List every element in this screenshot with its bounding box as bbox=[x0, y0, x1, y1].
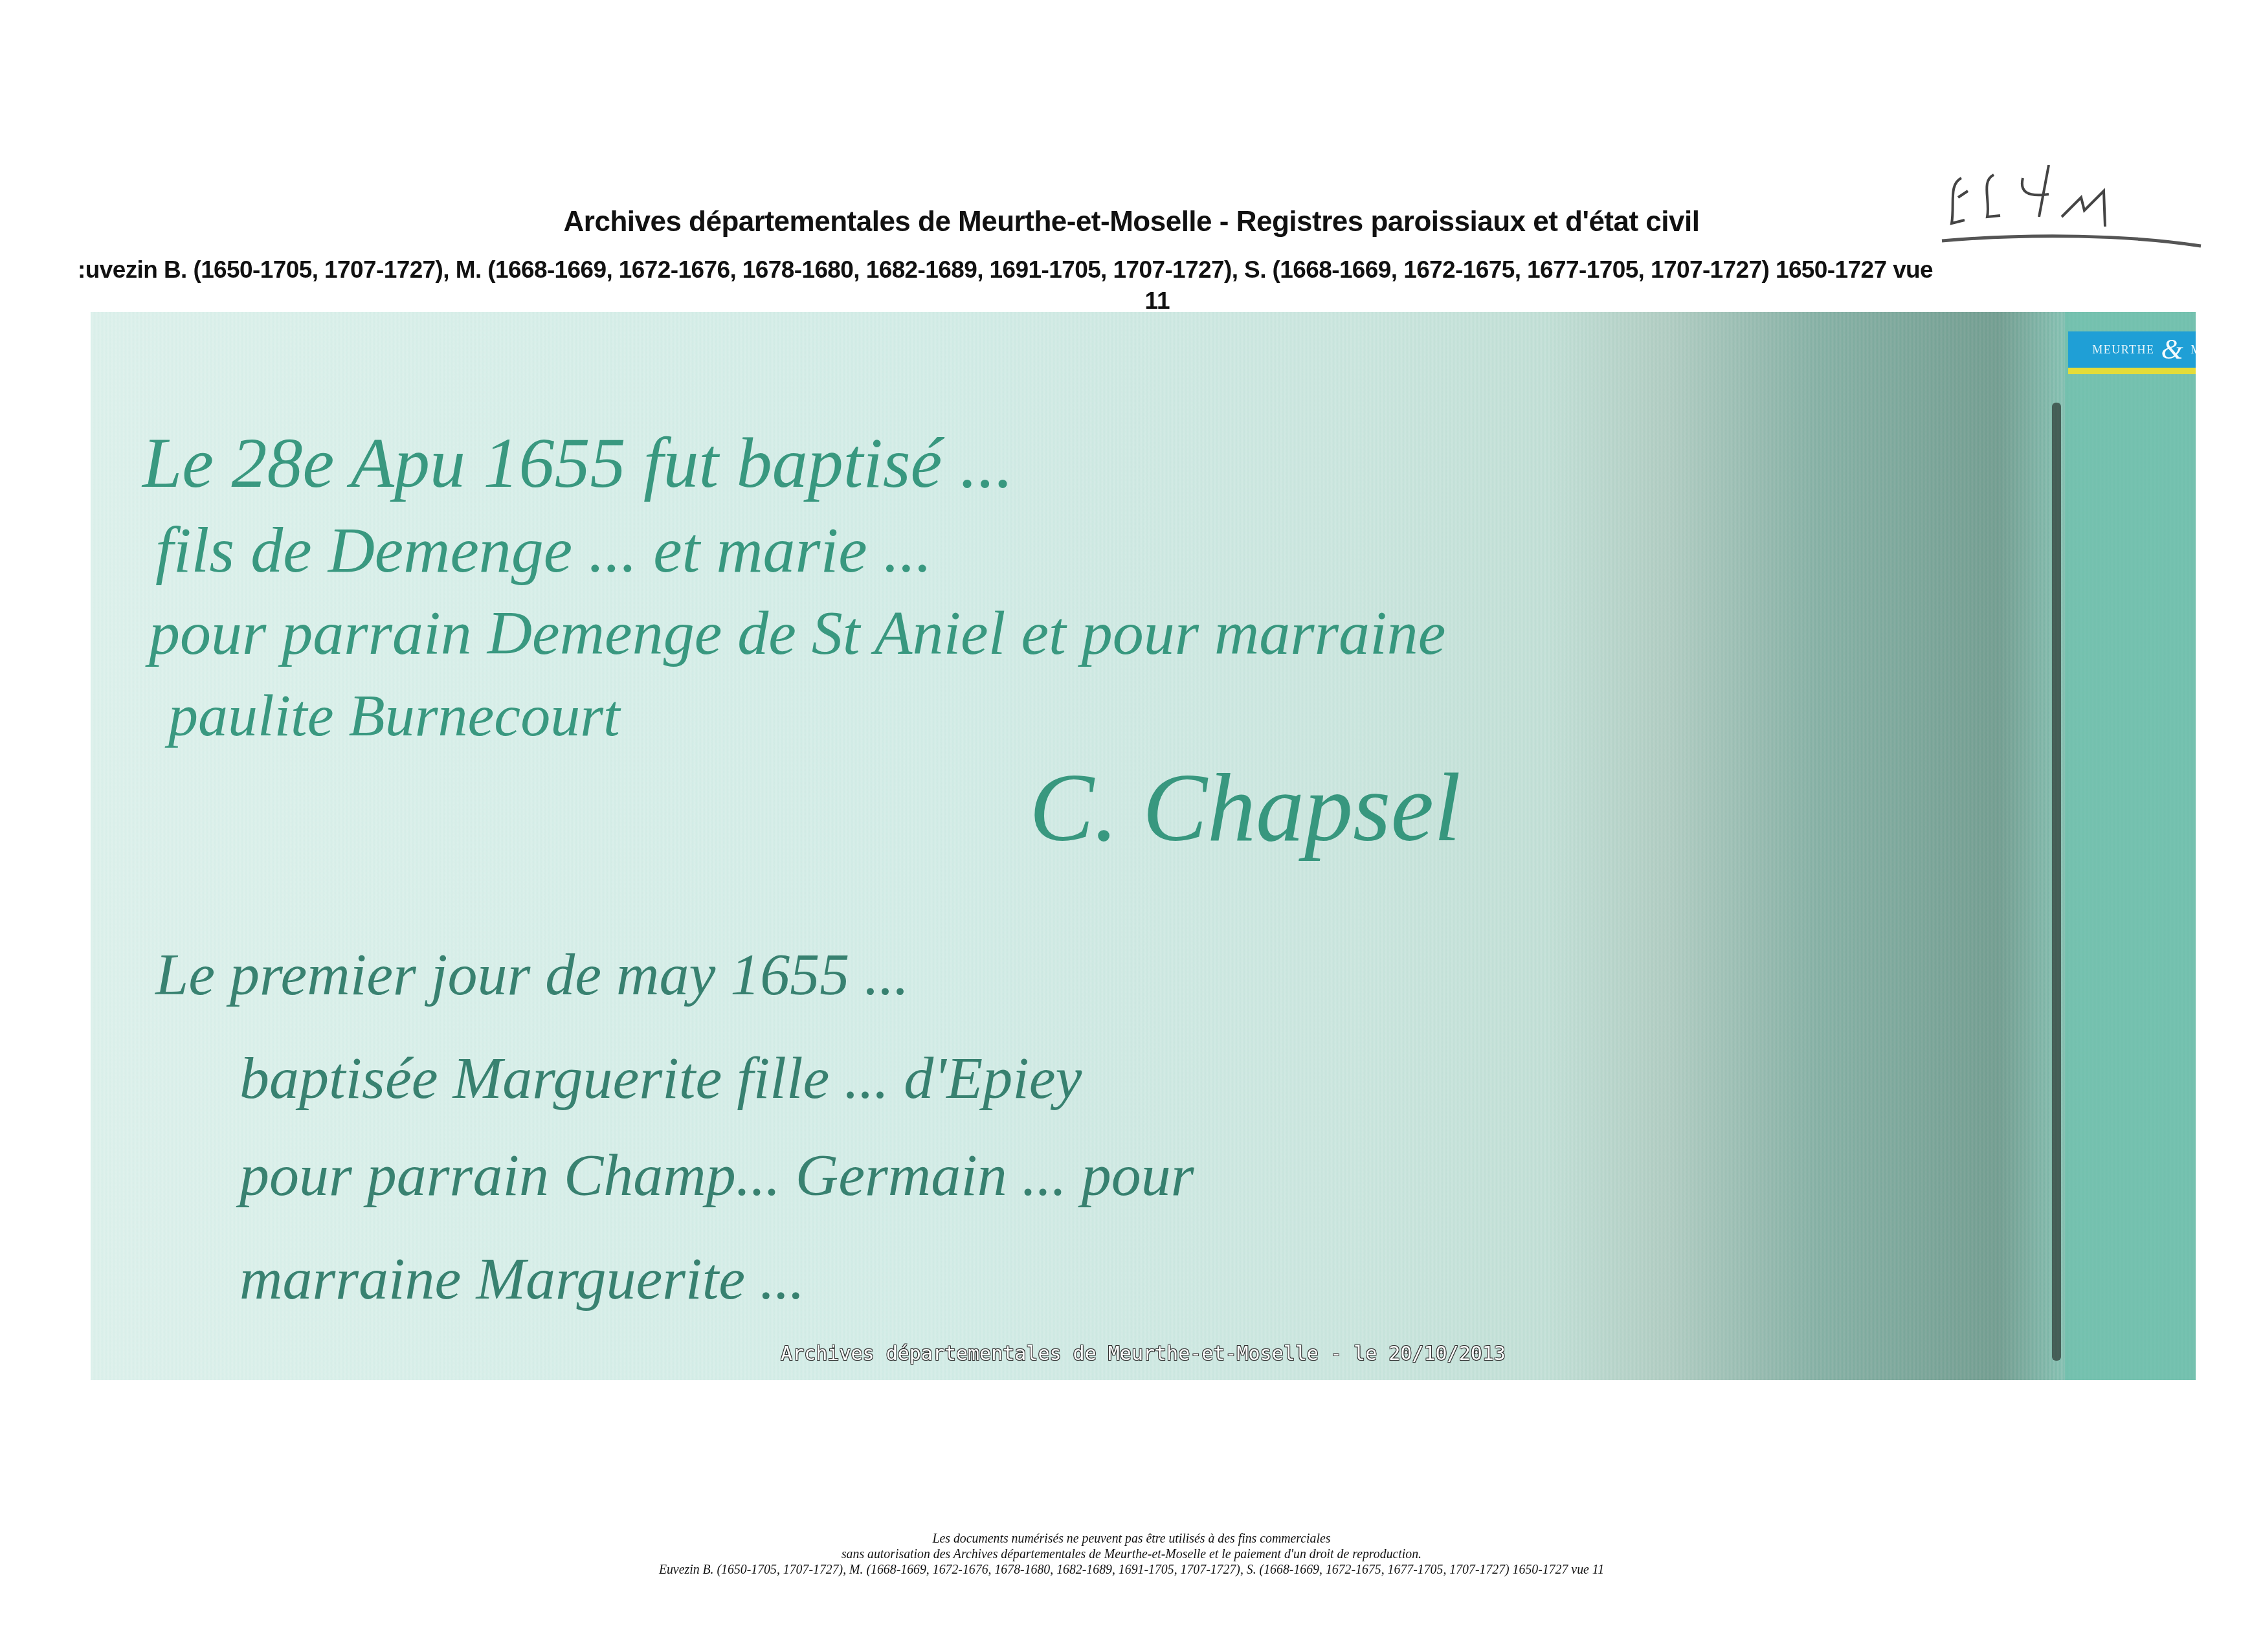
handwriting-line: marraine Marguerite ... bbox=[240, 1244, 805, 1313]
footer-notice: Les documents numérisés ne peuvent pas ê… bbox=[0, 1530, 2263, 1577]
register-scan-image: MEURTHE & MOSELLE Le 28e Apu 1655 fut ba… bbox=[91, 312, 2196, 1380]
vue-number: 11 bbox=[0, 287, 2263, 315]
archive-watermark: Archives départementales de Meurthe-et-M… bbox=[91, 1343, 2196, 1365]
footer-authorization-notice: sans autorisation des Archives départeme… bbox=[113, 1546, 2150, 1561]
page-title: Archives départementales de Meurthe-et-M… bbox=[0, 206, 2263, 238]
handwriting-line: Le 28e Apu 1655 fut baptisé ... bbox=[142, 422, 1013, 504]
handwriting-line: Le premier jour de may 1655 ... bbox=[155, 940, 909, 1009]
handwriting-line: fils de Demenge ... et marie ... bbox=[155, 513, 932, 587]
handwriting-line: baptisée Marguerite fille ... d'Epiey bbox=[240, 1044, 1082, 1112]
handwriting-line: pour parrain Demenge de St Aniel et pour… bbox=[149, 597, 1445, 669]
footer-usage-notice: Les documents numérisés ne peuvent pas ê… bbox=[113, 1530, 2150, 1546]
handwritten-entries: Le 28e Apu 1655 fut baptisé ... fils de … bbox=[91, 312, 2196, 1380]
handwriting-line: paulite Burnecourt bbox=[168, 681, 620, 750]
register-description: :uvezin B. (1650-1705, 1707-1727), M. (1… bbox=[78, 254, 2207, 286]
footer-register-description: Euvezin B. (1650-1705, 1707-1727), M. (1… bbox=[113, 1561, 2150, 1577]
handwriting-line: pour parrain Champ... Germain ... pour bbox=[240, 1141, 1194, 1209]
signature: C. Chapsel bbox=[1029, 752, 1461, 864]
handwritten-reference-annotation: 554 M bbox=[1935, 165, 2207, 256]
